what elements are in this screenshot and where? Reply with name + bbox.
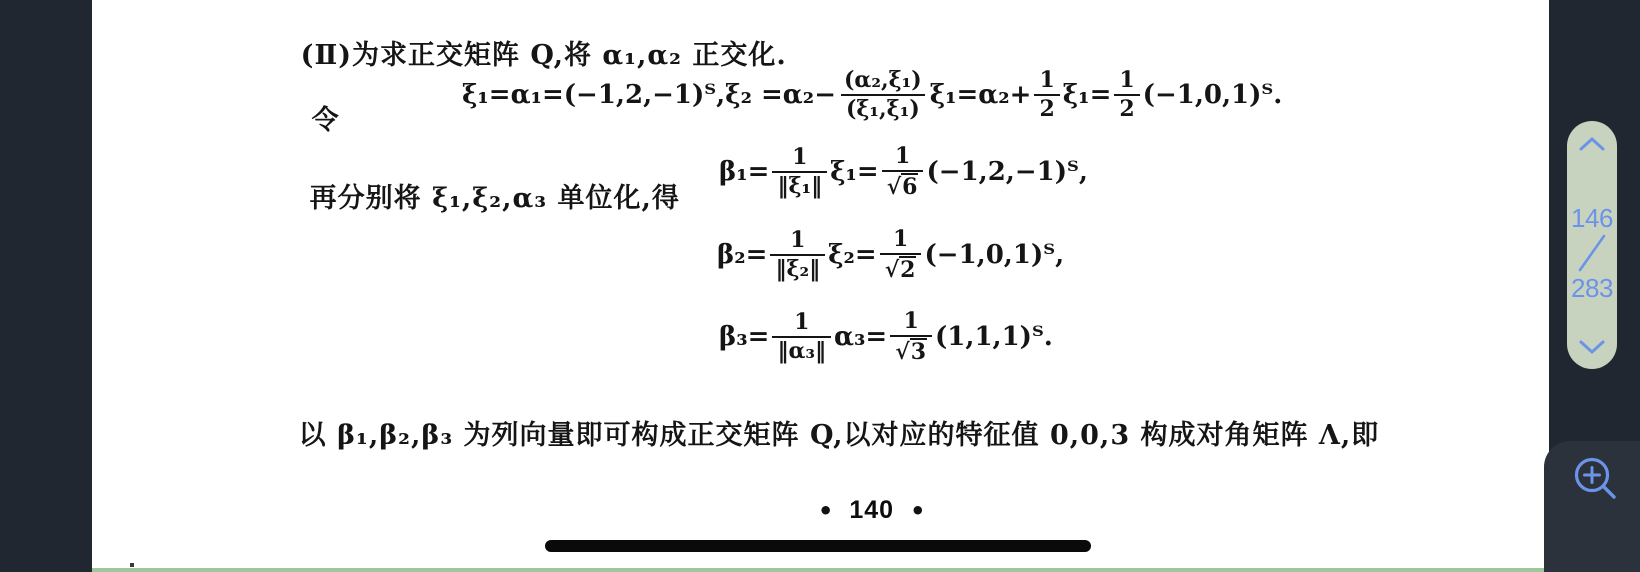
fraction: 1 √3 [890, 309, 932, 365]
math-segment: β₃= [719, 322, 769, 352]
footer-dot-right: • [910, 497, 925, 525]
zoom-in-button[interactable] [1569, 452, 1621, 504]
text-segment: ,以对应的特征值 0,0,3 构成对角矩阵 [833, 420, 1319, 451]
math-segment: (−1,0,1)ᵀ, [924, 240, 1064, 270]
fraction-numerator: 1 [789, 310, 814, 335]
formula-beta1: β₁= 1 ‖ξ₁‖ ξ₁= 1 √6 (−1,2,−1)ᵀ, [719, 139, 1088, 205]
page-indicator-pill[interactable]: 146 283 [1567, 121, 1617, 369]
fraction-denominator: 2 [1034, 94, 1059, 122]
page-divider-slash [1577, 233, 1607, 273]
chevron-down-icon[interactable] [1578, 339, 1606, 355]
math-segment: ξ₁= [830, 157, 879, 187]
text-segment: ,即 [1341, 420, 1379, 451]
radical-sign: √ [885, 257, 899, 283]
radical-sign: √ [895, 339, 909, 365]
sqrt-denominator: √6 [882, 170, 924, 200]
current-page-number: 146 [1567, 203, 1617, 234]
fraction-numerator: 1 [898, 309, 923, 334]
text-segment: 以 [299, 420, 337, 451]
fraction-denominator: ‖α₃‖ [772, 336, 831, 364]
math-segment: β₁= [719, 157, 769, 187]
text-line-3: 再分别将 ξ₁,ξ₂,α₃ 单位化,得 [283, 158, 680, 233]
fraction-numerator: 1 [890, 144, 915, 169]
math-segment: ξ₁= [1063, 80, 1112, 110]
total-page-number: 283 [1567, 273, 1617, 304]
fraction-denominator: 2 [1114, 94, 1139, 122]
zoom-panel [1544, 441, 1640, 572]
fraction-denominator: ‖ξ₁‖ [772, 171, 827, 199]
math-var: Q [810, 420, 833, 451]
left-bezel [0, 0, 92, 572]
fraction: 1 √2 [880, 227, 922, 283]
text-line-6: 以 β₁,β₂,β₃ 为列向量即可构成正交矩阵 Q,以对应的特征值 0,0,3 … [272, 395, 1379, 470]
fraction: (α₂,ξ₁) (ξ₁,ξ₁) [839, 68, 927, 122]
fraction-denominator: (ξ₁,ξ₁) [841, 94, 925, 122]
fraction-numerator: 1 [785, 228, 810, 253]
fraction-numerator: 1 [1034, 68, 1059, 93]
formula-beta2: β₂= 1 ‖ξ₂‖ ξ₂= 1 √2 (−1,0,1)ᵀ, [717, 222, 1064, 288]
document-page[interactable]: (Ⅱ)为求正交矩阵 Q,将 α₁,α₂ 正交化. 令 ξ₁=α₁=(−1,2,−… [0, 0, 1549, 572]
sqrt-denominator: √2 [880, 253, 922, 283]
fraction-denominator: ‖ξ₂‖ [770, 254, 825, 282]
formula-beta3: β₃= 1 ‖α₃‖ α₃= 1 √3 (1,1,1)ᵀ. [719, 304, 1053, 370]
fraction-numerator: 1 [888, 227, 913, 252]
radicand: 6 [901, 173, 918, 200]
footer-dot-left: • [818, 497, 833, 525]
math-var: β₁,β₂,β₃ [337, 420, 453, 451]
radicand: 3 [910, 338, 927, 365]
math-segment: (−1,0,1)ᵀ. [1143, 80, 1283, 110]
line2-lead: 令 [285, 80, 340, 155]
math-segment: (1,1,1)ᵀ. [935, 322, 1053, 352]
math-segment: (−1,2,−1)ᵀ, [926, 157, 1087, 187]
sqrt-denominator: √3 [890, 335, 932, 365]
math-segment: ξ₂= [828, 240, 877, 270]
radicand: 2 [899, 256, 916, 283]
text-segment: 为列向量即可构成正交矩阵 [453, 420, 810, 451]
home-indicator[interactable] [545, 540, 1091, 552]
math-segment: β₂= [717, 240, 767, 270]
text-segment: 令 [312, 105, 340, 136]
fraction: 1 √6 [882, 144, 924, 200]
magnifier-plus-icon [1577, 460, 1615, 498]
radical-sign: √ [887, 174, 901, 200]
text-segment: 再分别将 ξ₁,ξ₂,α₃ 单位化,得 [310, 183, 680, 214]
ink-speck [130, 563, 134, 567]
fraction-numerator: 1 [787, 145, 812, 170]
reader-screen: (Ⅱ)为求正交矩阵 Q,将 α₁,α₂ 正交化. 令 ξ₁=α₁=(−1,2,−… [0, 0, 1640, 572]
fraction: 1 2 [1034, 68, 1059, 122]
fraction: 1 ‖ξ₂‖ [770, 228, 825, 282]
page-footer: • 140 • [818, 496, 925, 525]
fraction: 1 ‖α₃‖ [772, 310, 831, 364]
math-segment: ξ₁=α₁=(−1,2,−1)ᵀ,ξ₂ =α₂− [462, 80, 836, 110]
fraction-numerator: (α₂,ξ₁) [839, 68, 927, 93]
math-segment: α₃= [834, 322, 887, 352]
bottom-accent-line [92, 568, 1545, 572]
formula-line-2: ξ₁=α₁=(−1,2,−1)ᵀ,ξ₂ =α₂− (α₂,ξ₁) (ξ₁,ξ₁)… [462, 62, 1282, 128]
math-var: Λ [1319, 420, 1341, 451]
fraction: 1 2 [1114, 68, 1139, 122]
fraction-numerator: 1 [1114, 68, 1139, 93]
printed-page-number: 140 [849, 496, 894, 525]
chevron-up-icon[interactable] [1578, 136, 1606, 152]
math-segment: ξ₁=α₂+ [930, 80, 1032, 110]
fraction: 1 ‖ξ₁‖ [772, 145, 827, 199]
